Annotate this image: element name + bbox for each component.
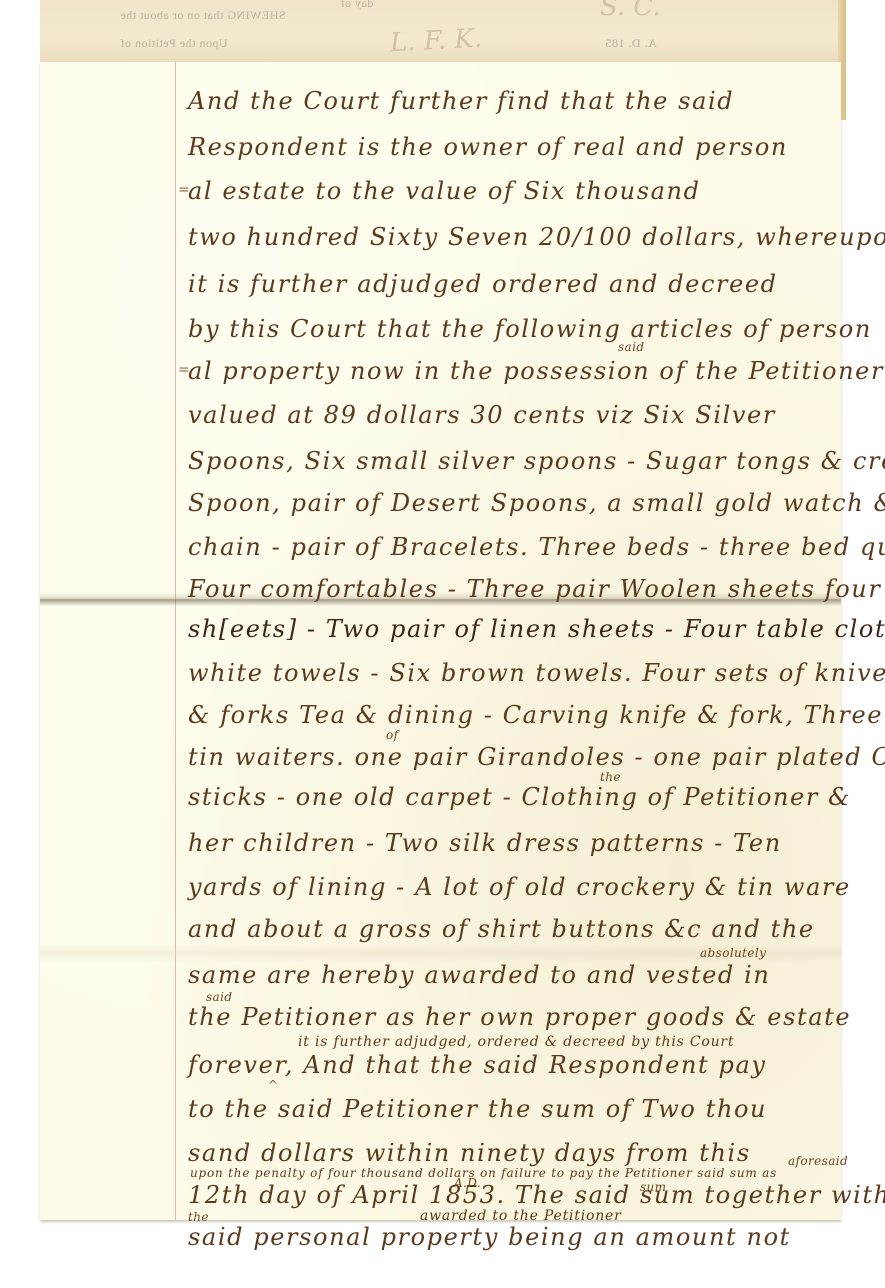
manuscript-page: And the Court further find that the said… [40,62,841,1220]
handwritten-line: to the said Petitioner the sum of Two th… [188,1094,838,1124]
handwritten-line: valued at 89 dollars 30 cents viz Six Si… [188,400,838,430]
bleed-through-ink: S. C. [600,0,661,22]
handwritten-line: al property now in the possession of the… [188,356,838,386]
handwritten-line: the Petitioner as her own proper goods &… [188,1002,838,1032]
handwritten-line: chain - pair of Bracelets. Three beds - … [188,532,838,562]
mirrored-printed-text: Upon the Petition of [120,36,228,51]
mirrored-printed-text: SHEWING that on or about the [120,8,286,23]
handwritten-line: 12th day of April 1853. The said sum tog… [188,1180,838,1210]
handwritten-line: Respondent is the owner of real and pers… [188,132,838,162]
handwritten-line: Spoon, pair of Desert Spoons, a small go… [188,488,838,518]
handwritten-line: And the Court further find that the said [188,86,838,116]
interlinear-insertion: of [386,728,398,742]
insertion-caret: ^ [268,1078,278,1092]
handwritten-line: yards of lining - A lot of old crockery … [188,872,838,902]
interlinear-insertion: aforesaid [788,1154,848,1168]
handwritten-line: said personal property being an amount n… [188,1222,838,1252]
interlinear-insertion: upon the penalty of four thousand dollar… [190,1166,777,1180]
handwritten-line: forever, And that the said Respondent pa… [188,1050,838,1080]
handwritten-line: by this Court that the following article… [188,314,838,344]
handwritten-line: same are hereby awarded to and vested in [188,960,838,990]
handwritten-line: al estate to the value of Six thousand [188,176,838,206]
handwritten-line: it is further adjudged ordered and decre… [188,269,838,299]
handwritten-line: & forks Tea & dining - Carving knife & f… [188,700,838,730]
bleed-through-ink: L. F. K. [389,24,482,59]
handwritten-line: sh[eets] - Two pair of linen sheets - Fo… [188,614,838,644]
handwritten-line: two hundred Sixty Seven 20/100 dollars, … [188,222,838,252]
handwritten-line: Four comfortables - Three pair Woolen sh… [188,574,838,604]
interlinear-insertion: said [618,340,644,354]
handwritten-line: tin waiters. one pair Girandoles - one p… [188,742,838,772]
handwritten-line: sticks - one old carpet - Clothing of Pe… [188,782,838,812]
handwritten-line: white towels - Six brown towels. Four se… [188,658,838,688]
handwritten-line: her children - Two silk dress patterns -… [188,828,838,858]
margin-rule [175,62,176,1220]
interlinear-insertion: absolutely [700,946,766,960]
folded-top-strip: SHEWING that on or about the Upon the Pe… [40,0,840,64]
interlinear-insertion: it is further adjudged, ordered & decree… [298,1034,734,1050]
handwritten-line: and about a gross of shirt buttons &c an… [188,914,838,944]
handwritten-line: Spoons, Six small silver spoons - Sugar … [188,446,838,476]
mirrored-printed-text: day of [340,0,373,11]
handwritten-line: sand dollars within ninety days from thi… [188,1138,838,1168]
mirrored-printed-text: A. D. 185 [605,36,657,51]
